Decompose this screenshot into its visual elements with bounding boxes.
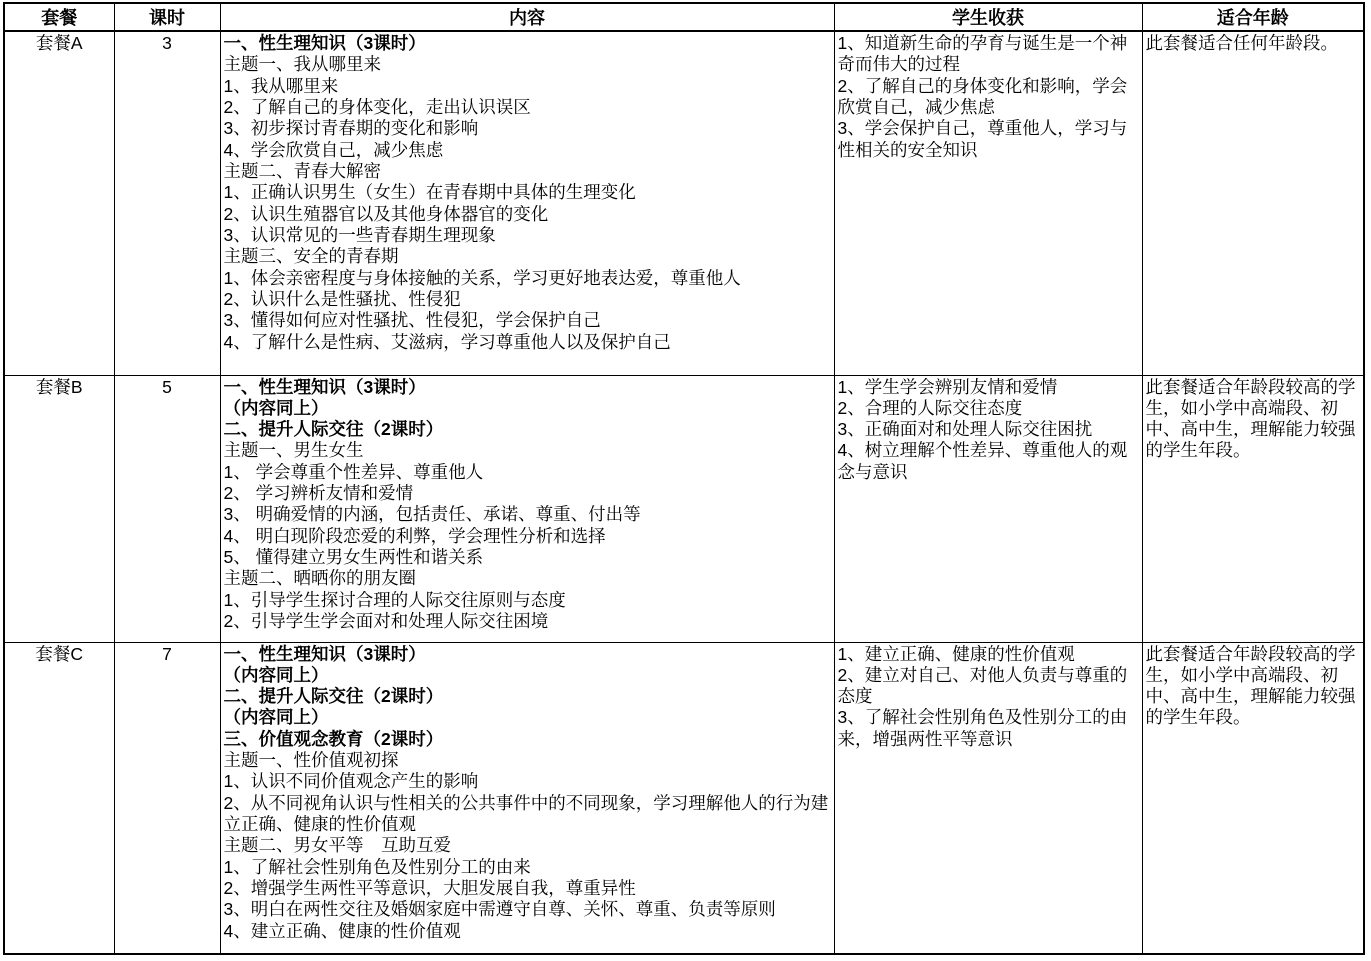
content-line: 主题二、男女平等 互助互爱 (224, 835, 831, 856)
age-text: 此套餐适合任何年龄段。 (1146, 33, 1361, 54)
header-package: 套餐 (4, 3, 114, 31)
content-line: （内容同上） (224, 707, 831, 728)
content-line: 2、认识生殖器官以及其他身体器官的变化 (224, 204, 831, 225)
age-text: 此套餐适合年龄段较高的学生，如小学中高端段、初中、高中生，理解能力较强的学生年段… (1146, 377, 1361, 462)
gain-line: 1、学生学会辨别友情和爱情 (838, 377, 1139, 398)
content-line: 4、 明白现阶段恋爱的利弊，学会理性分析和选择 (224, 526, 831, 547)
table-body: 套餐A3一、性生理知识（3课时）主题一、我从哪里来1、我从哪里来2、了解自己的身… (4, 31, 1364, 954)
content-line: 主题一、我从哪里来 (224, 54, 831, 75)
content-line: 4、建立正确、健康的性价值观 (224, 921, 831, 942)
package-cell: 套餐A (4, 31, 114, 375)
content-line: 二、提升人际交往（2课时） (224, 419, 831, 440)
content-line: 1、体会亲密程度与身体接触的关系，学习更好地表达爱，尊重他人 (224, 268, 831, 289)
content-line: 3、明白在两性交往及婚姻家庭中需遵守自尊、关怀、尊重、负责等原则 (224, 899, 831, 920)
content-line: 主题二、青春大解密 (224, 161, 831, 182)
content-line: 一、性生理知识（3课时） (224, 33, 831, 54)
content-cell: 一、性生理知识（3课时）主题一、我从哪里来1、我从哪里来2、了解自己的身体变化，… (220, 31, 834, 375)
package-cell: 套餐C (4, 642, 114, 954)
content-line: 3、初步探讨青春期的变化和影响 (224, 118, 831, 139)
age-cell: 此套餐适合任何年龄段。 (1142, 31, 1364, 375)
content-line: 三、价值观念教育（2课时） (224, 729, 831, 750)
header-content: 内容 (220, 3, 834, 31)
content-cell: 一、性生理知识（3课时）（内容同上）二、提升人际交往（2课时）主题一、男生女生1… (220, 375, 834, 642)
age-cell: 此套餐适合年龄段较高的学生，如小学中高端段、初中、高中生，理解能力较强的学生年段… (1142, 642, 1364, 954)
content-line: 3、认识常见的一些青春期生理现象 (224, 225, 831, 246)
hours-cell: 5 (114, 375, 220, 642)
content-line: 2、了解自己的身体变化，走出认识误区 (224, 97, 831, 118)
header-hours: 课时 (114, 3, 220, 31)
content-line: 主题三、安全的青春期 (224, 246, 831, 267)
gain-line: 3、正确面对和处理人际交往困扰 (838, 419, 1139, 440)
content-line: 1、引导学生探讨合理的人际交往原则与态度 (224, 590, 831, 611)
hours-cell: 3 (114, 31, 220, 375)
gain-line: 1、知道新生命的孕育与诞生是一个神奇而伟大的过程 (838, 33, 1139, 76)
gain-line: 2、了解自己的身体变化和影响，学会欣赏自己，减少焦虑 (838, 76, 1139, 119)
content-line: 2、 学习辨析友情和爱情 (224, 483, 831, 504)
hours-cell: 7 (114, 642, 220, 954)
content-line: 2、增强学生两性平等意识，大胆发展自我，尊重异性 (224, 878, 831, 899)
content-line: 主题二、晒晒你的朋友圈 (224, 568, 831, 589)
content-line: 一、性生理知识（3课时） (224, 377, 831, 398)
package-cell: 套餐B (4, 375, 114, 642)
gain-line: 3、了解社会性别角色及性别分工的由来，增强两性平等意识 (838, 707, 1139, 750)
gain-line: 4、树立理解个性差异、尊重他人的观念与意识 (838, 440, 1139, 483)
content-line: 1、我从哪里来 (224, 76, 831, 97)
gain-line: 1、建立正确、健康的性价值观 (838, 644, 1139, 665)
content-line: 5、 懂得建立男女生两性和谐关系 (224, 547, 831, 568)
table-row: 套餐B5一、性生理知识（3课时）（内容同上）二、提升人际交往（2课时）主题一、男… (4, 375, 1364, 642)
content-line: 二、提升人际交往（2课时） (224, 686, 831, 707)
content-line: 主题一、性价值观初探 (224, 750, 831, 771)
content-line: 2、从不同视角认识与性相关的公共事件中的不同现象，学习理解他人的行为建立正确、健… (224, 793, 831, 836)
content-line: 4、了解什么是性病、艾滋病，学习尊重他人以及保护自己 (224, 332, 831, 353)
gain-line: 2、合理的人际交往态度 (838, 398, 1139, 419)
header-age: 适合年龄 (1142, 3, 1364, 31)
table-row: 套餐A3一、性生理知识（3课时）主题一、我从哪里来1、我从哪里来2、了解自己的身… (4, 31, 1364, 375)
content-line: 2、引导学生学会面对和处理人际交往困境 (224, 611, 831, 632)
content-line: （内容同上） (224, 665, 831, 686)
gains-cell: 1、知道新生命的孕育与诞生是一个神奇而伟大的过程2、了解自己的身体变化和影响，学… (834, 31, 1142, 375)
gain-line: 2、建立对自己、对他人负责与尊重的态度 (838, 665, 1139, 708)
content-line: （内容同上） (224, 398, 831, 419)
content-line: 1、认识不同价值观念产生的影响 (224, 771, 831, 792)
course-package-table: 套餐 课时 内容 学生收获 适合年龄 套餐A3一、性生理知识（3课时）主题一、我… (3, 2, 1365, 955)
course-package-sheet: 套餐 课时 内容 学生收获 适合年龄 套餐A3一、性生理知识（3课时）主题一、我… (3, 2, 1365, 955)
content-line: 3、 明确爱情的内涵，包括责任、承诺、尊重、付出等 (224, 504, 831, 525)
content-line: 主题一、男生女生 (224, 440, 831, 461)
header-gains: 学生收获 (834, 3, 1142, 31)
content-line: 2、认识什么是性骚扰、性侵犯 (224, 289, 831, 310)
content-line: 3、懂得如何应对性骚扰、性侵犯，学会保护自己 (224, 310, 831, 331)
content-line: 一、性生理知识（3课时） (224, 644, 831, 665)
table-row: 套餐C7一、性生理知识（3课时）（内容同上）二、提升人际交往（2课时）（内容同上… (4, 642, 1364, 954)
content-cell: 一、性生理知识（3课时）（内容同上）二、提升人际交往（2课时）（内容同上）三、价… (220, 642, 834, 954)
content-line: 1、正确认识男生（女生）在青春期中具体的生理变化 (224, 182, 831, 203)
gains-cell: 1、建立正确、健康的性价值观2、建立对自己、对他人负责与尊重的态度3、了解社会性… (834, 642, 1142, 954)
content-line: 1、了解社会性别角色及性别分工的由来 (224, 857, 831, 878)
gains-cell: 1、学生学会辨别友情和爱情2、合理的人际交往态度3、正确面对和处理人际交往困扰4… (834, 375, 1142, 642)
content-line: 4、学会欣赏自己，减少焦虑 (224, 140, 831, 161)
content-line: 1、 学会尊重个性差异、尊重他人 (224, 462, 831, 483)
header-row: 套餐 课时 内容 学生收获 适合年龄 (4, 3, 1364, 31)
age-cell: 此套餐适合年龄段较高的学生，如小学中高端段、初中、高中生，理解能力较强的学生年段… (1142, 375, 1364, 642)
age-text: 此套餐适合年龄段较高的学生，如小学中高端段、初中、高中生，理解能力较强的学生年段… (1146, 644, 1361, 729)
gain-line: 3、学会保护自己，尊重他人，学习与性相关的安全知识 (838, 118, 1139, 161)
